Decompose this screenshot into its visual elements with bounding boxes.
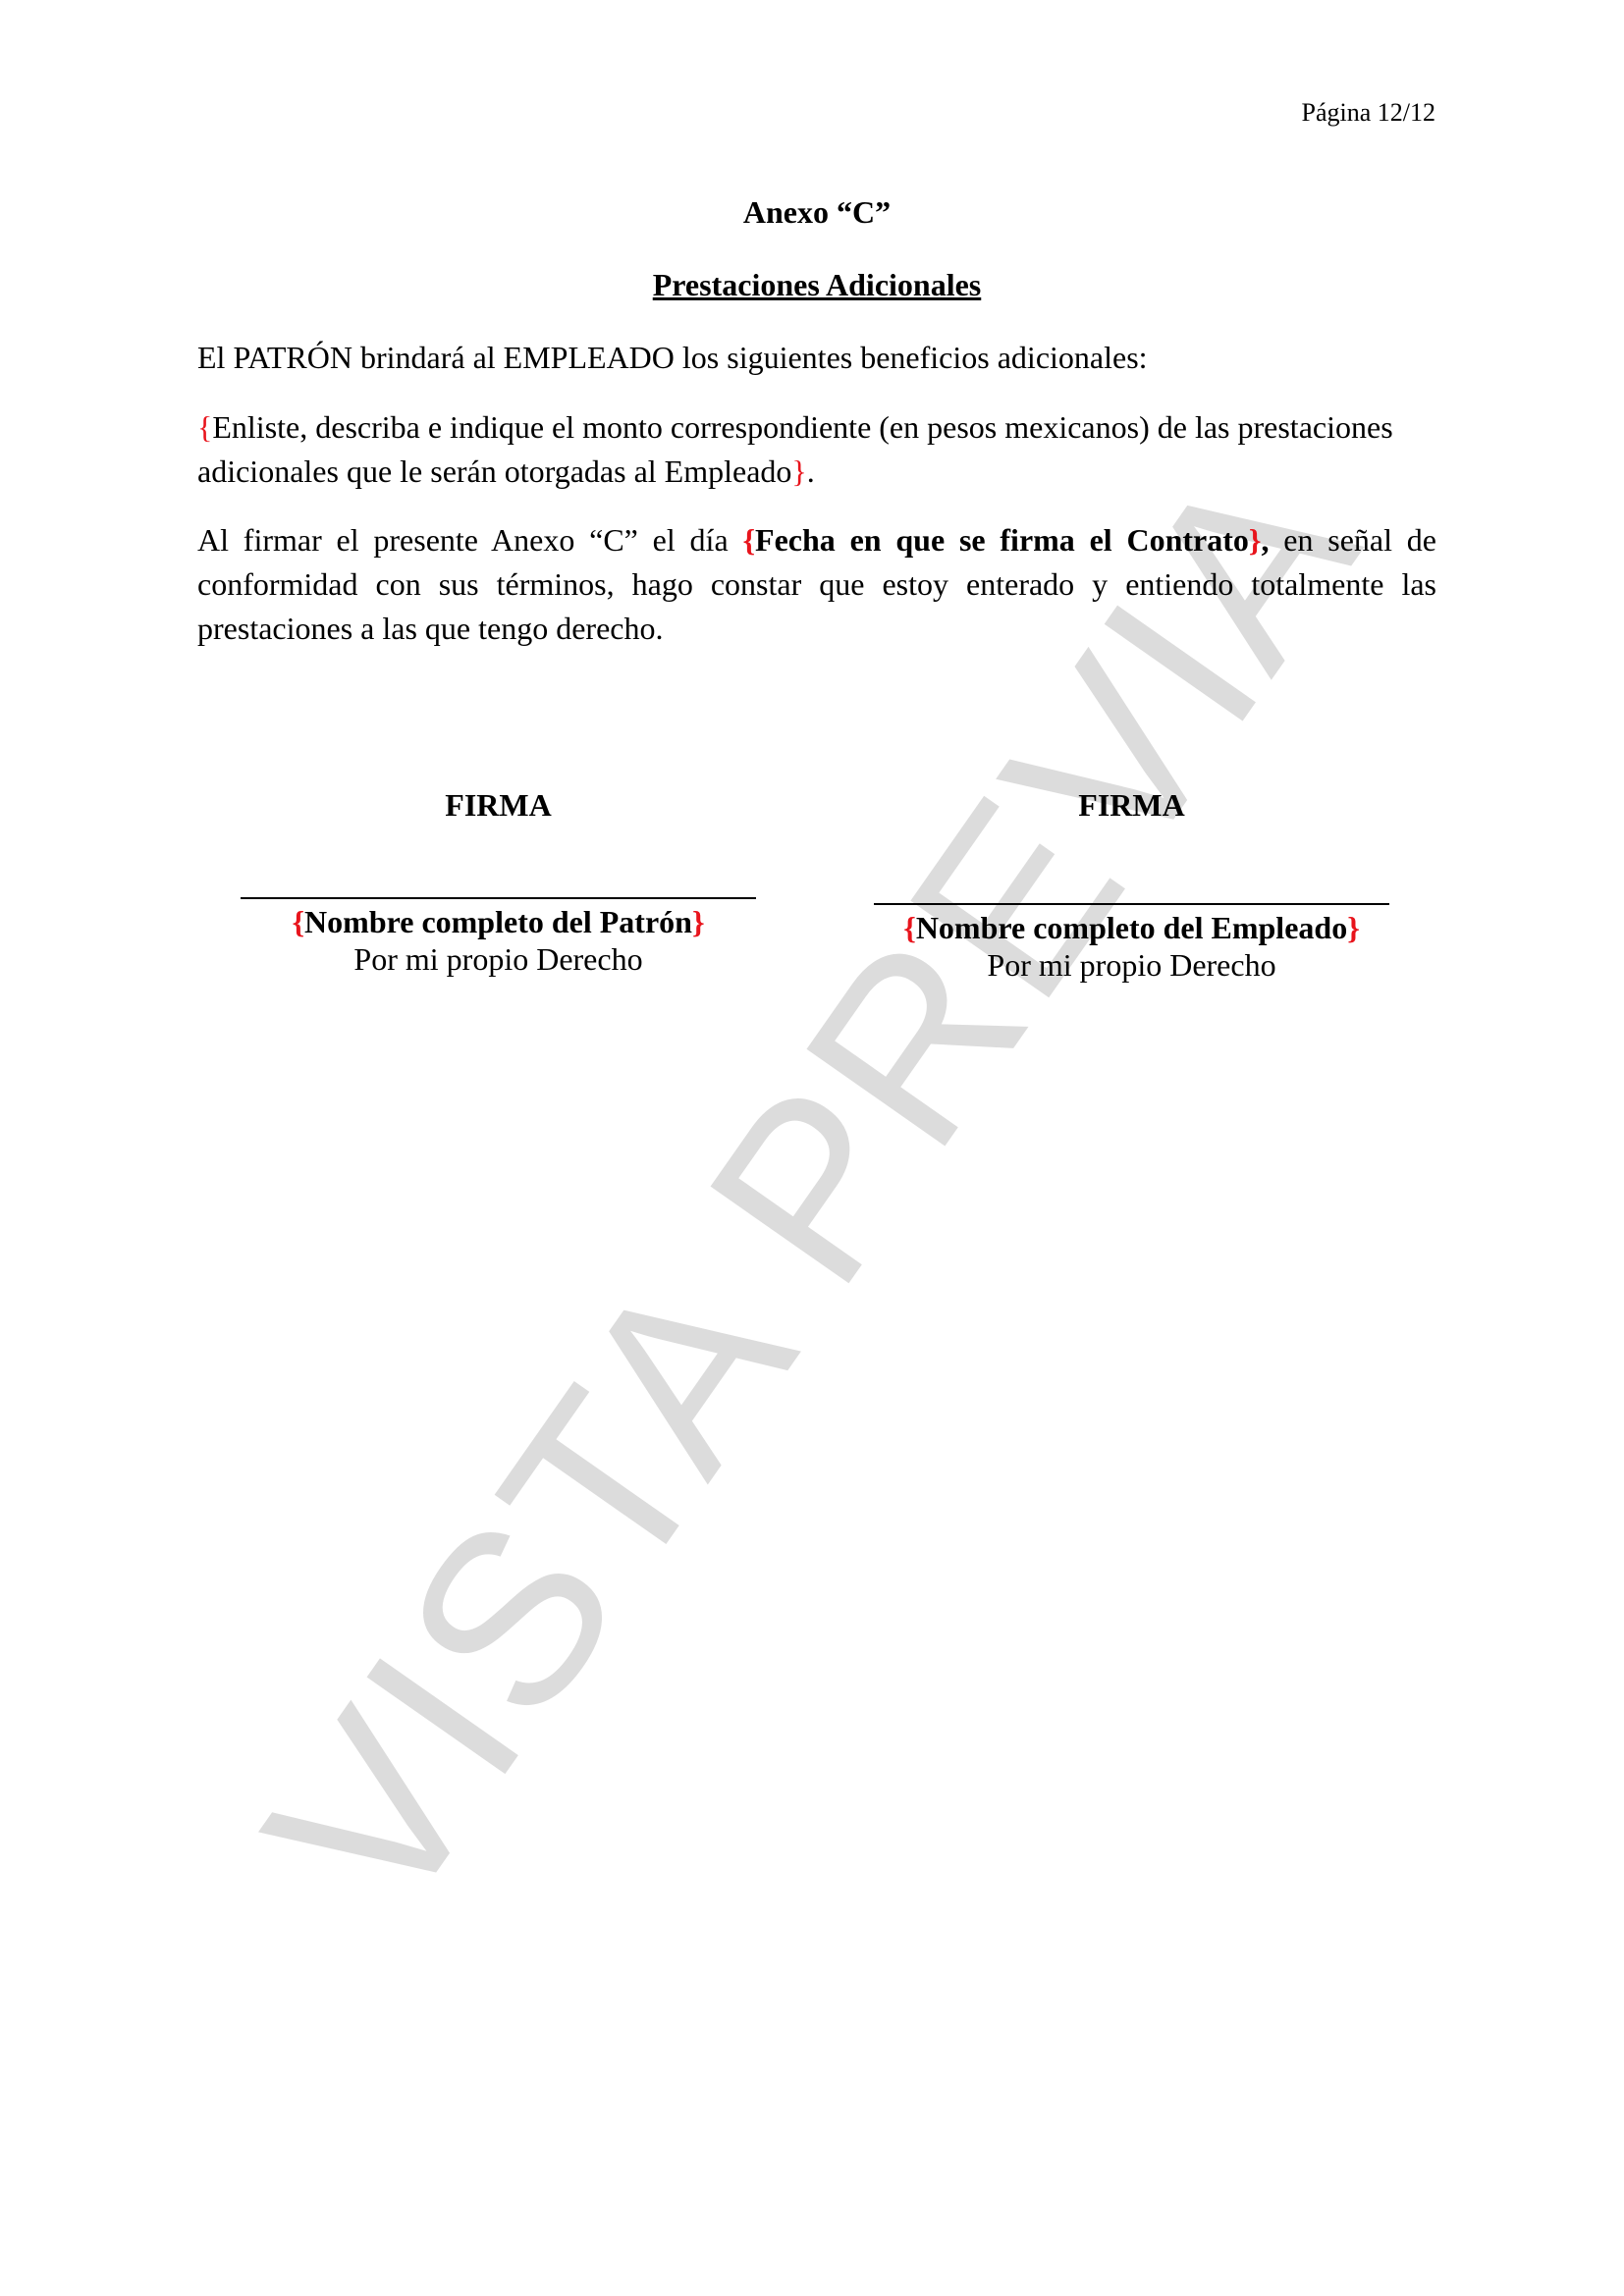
placeholder-open-brace: { [292,904,304,939]
statement-prefix: Al firmar el presente Anexo “C” el día [197,522,742,558]
annex-title: Anexo “C” [197,192,1436,232]
employee-signature-block: FIRMA {Nombre completo del Empleado} Por… [874,785,1389,984]
period: . [807,454,815,489]
placeholder-open-brace: { [197,409,212,445]
placeholder-close-brace: } [1249,522,1262,558]
signature-caption: Por mi propio Derecho [874,946,1389,984]
placeholder-close-brace: } [1347,910,1360,945]
employer-name-placeholder: {Nombre completo del Patrón} [241,903,756,940]
employer-name-text: Nombre completo del Patrón [304,904,692,939]
signature-line [874,903,1389,905]
placeholder-open-brace: { [903,910,916,945]
signature-section: FIRMA {Nombre completo del Patrón} Por m… [0,785,1624,1001]
placeholder-close-brace: } [791,454,806,489]
signature-caption: Por mi propio Derecho [241,940,756,978]
section-heading: Prestaciones Adicionales [197,265,1436,304]
employer-signature-block: FIRMA {Nombre completo del Patrón} Por m… [241,785,756,978]
placeholder-open-brace: { [742,522,755,558]
signature-label: FIRMA [241,785,756,825]
signature-statement-paragraph: Al firmar el presente Anexo “C” el día {… [197,518,1436,651]
benefits-placeholder-paragraph: {Enliste, describa e indique el monto co… [197,405,1436,494]
page-number: Página 12/12 [1302,98,1436,128]
date-placeholder: Fecha en que se firma el Contrato [755,522,1249,558]
employee-name-text: Nombre completo del Empleado [916,910,1347,945]
employee-name-placeholder: {Nombre completo del Empleado} [874,909,1389,946]
intro-paragraph: El PATRÓN brindará al EMPLEADO los sigui… [197,336,1436,380]
placeholder-close-brace: } [692,904,705,939]
signature-label: FIRMA [874,785,1389,825]
document-body: Anexo “C” Prestaciones Adicionales El PA… [197,192,1436,651]
signature-line [241,897,756,899]
comma: , [1262,522,1270,558]
